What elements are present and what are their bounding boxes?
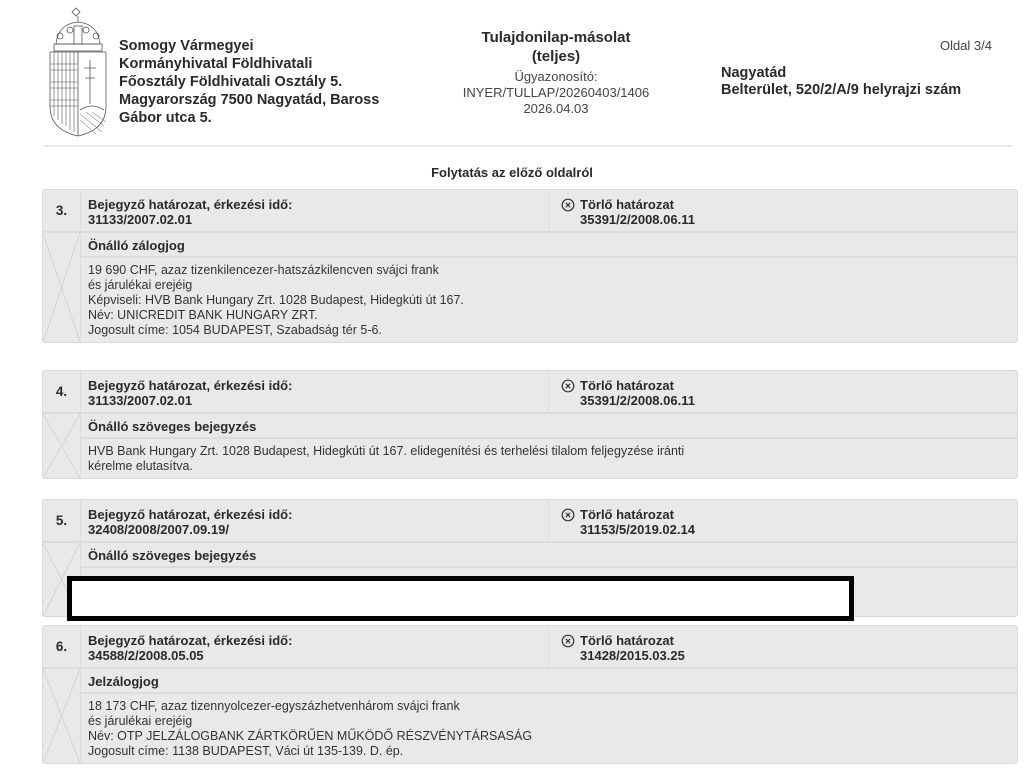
registration-decision: Bejegyző határozat, érkezési idő: 32408/… [81,500,549,541]
entry-text: 19 690 CHF, azaz tizenkilencezer-hatszáz… [81,258,1017,342]
deletion-decision: Törlő határozat 31153/5/2019.02.14 [549,500,1017,541]
entry-text: HVB Bank Hungary Zrt. 1028 Budapest, Hid… [81,439,1017,478]
registration-decision: Bejegyző határozat, érkezési idő: 31133/… [81,190,549,231]
header-divider [44,145,1012,147]
document-date: 2026.04.03 [440,101,672,117]
office-line: Gábor utca 5. [119,109,379,127]
deletion-label: Törlő határozat [580,633,685,648]
entry-number: 3. [43,190,81,231]
redaction-box [67,576,854,621]
deleted-circle-x-icon [561,379,575,393]
page-number: Oldal 3/4 [940,38,992,53]
entry-text: 18 173 CHF, azaz tizennyolcezer-egyszázh… [81,694,1017,763]
registration-decision: Bejegyző határozat, érkezési idő: 31133/… [81,371,549,412]
office-line: Főosztály Földhivatali Osztály 5. [119,73,379,91]
deletion-decision: Törlő határozat 35391/2/2008.06.11 [549,371,1017,412]
deletion-value: 31428/2015.03.25 [580,648,685,663]
registration-value: 34588/2/2008.05.05 [88,648,548,663]
crossed-out-marker [43,669,81,763]
case-id: INYER/TULLAP/20260403/1406 [440,85,672,101]
entry-type: Önálló szöveges bejegyzés [81,414,1017,439]
entry-card: 4. Bejegyző határozat, érkezési idő: 311… [42,370,1018,479]
deletion-decision: Törlő határozat 35391/2/2008.06.11 [549,190,1017,231]
entry-type: Jelzálogjog [81,669,1017,694]
parcel-number: Belterület, 520/2/A/9 helyrajzi szám [721,82,961,99]
deletion-label: Törlő határozat [580,378,695,393]
deleted-circle-x-icon [561,508,575,522]
deletion-value: 35391/2/2008.06.11 [580,393,695,408]
deleted-circle-x-icon [561,634,575,648]
continued-label: Folytatás az előző oldalról [0,165,1024,180]
entry-number: 4. [43,371,81,412]
registration-value: 32408/2008/2007.09.19/ [88,522,548,537]
case-id-label: Ügyazonosító: [440,69,672,85]
deletion-decision: Törlő határozat 31428/2015.03.25 [549,626,1017,667]
office-line: Magyarország 7500 Nagyatád, Baross [119,91,379,109]
deletion-label: Törlő határozat [580,197,695,212]
entry-type: Önálló szöveges bejegyzés [81,543,1017,568]
property-location: Nagyatád Belterület, 520/2/A/9 helyrajzi… [721,65,961,99]
coat-of-arms-icon [46,6,110,138]
document-subtitle: (teljes) [440,47,672,66]
registration-value: 31133/2007.02.01 [88,393,548,408]
document-header: Somogy Vármegyei Kormányhivatal Földhiva… [0,0,1024,148]
registration-decision: Bejegyző határozat, érkezési idő: 34588/… [81,626,549,667]
deletion-value: 35391/2/2008.06.11 [580,212,695,227]
entry-number: 6. [43,626,81,667]
entry-card: 5. Bejegyző határozat, érkezési idő: 324… [42,499,1018,617]
entry-number: 5. [43,500,81,541]
entry-card: 6. Bejegyző határozat, érkezési idő: 345… [42,625,1018,764]
registration-value: 31133/2007.02.01 [88,212,548,227]
registration-label: Bejegyző határozat, érkezési idő: [88,507,548,522]
registration-label: Bejegyző határozat, érkezési idő: [88,197,548,212]
office-line: Somogy Vármegyei [119,37,379,55]
document-title-block: Tulajdonilap-másolat (teljes) Ügyazonosí… [440,28,672,117]
issuing-office: Somogy Vármegyei Kormányhivatal Földhiva… [119,37,379,127]
settlement: Nagyatád [721,65,961,82]
deleted-circle-x-icon [561,198,575,212]
deletion-label: Törlő határozat [580,507,695,522]
entry-card: 3. Bejegyző határozat, érkezési idő: 311… [42,189,1018,343]
deletion-value: 31153/5/2019.02.14 [580,522,695,537]
crossed-out-marker [43,233,81,342]
registration-label: Bejegyző határozat, érkezési idő: [88,633,548,648]
registration-label: Bejegyző határozat, érkezési idő: [88,378,548,393]
entry-type: Önálló zálogjog [81,233,1017,258]
document-title: Tulajdonilap-másolat [440,28,672,47]
office-line: Kormányhivatal Földhivatali [119,55,379,73]
crossed-out-marker [43,414,81,478]
